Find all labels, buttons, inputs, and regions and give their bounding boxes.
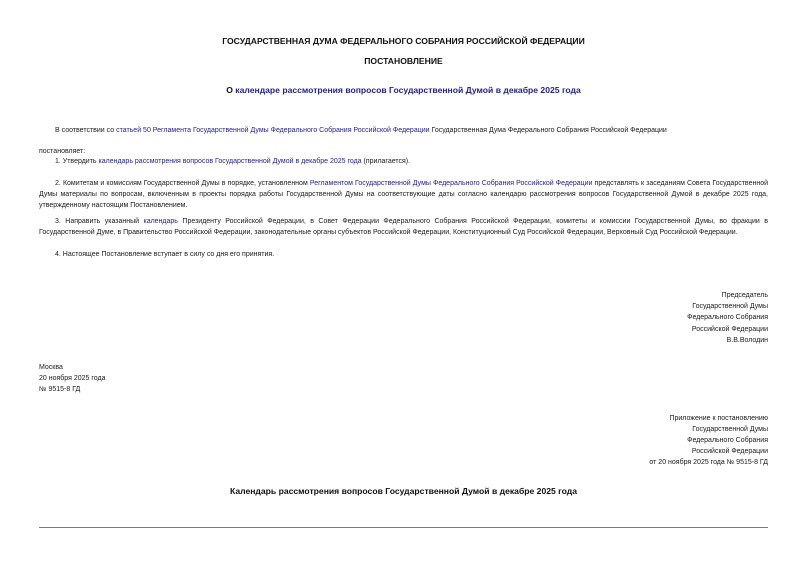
appendix-line: от 20 ноября 2025 года № 9515-8 ГД	[649, 457, 768, 468]
place-date-block: Москва 20 ноября 2025 года № 9515-8 ГД	[39, 362, 105, 395]
intro-text-after: Государственная Дума Федерального Собран…	[430, 127, 667, 134]
signature-line: Федерального Собрания	[687, 312, 768, 323]
signature-line: Российской Федерации	[687, 324, 768, 335]
signature-block: Председатель Государственной Думы Федера…	[687, 290, 768, 346]
item-text-before: 2. Комитетам и комиссиям Государственной…	[55, 180, 310, 187]
resolution-item-2: 2. Комитетам и комиссиям Государственной…	[39, 178, 768, 211]
appendix-line: Российской Федерации	[649, 446, 768, 457]
title-prefix: О	[226, 85, 235, 95]
calendar-short-link[interactable]: календарь	[143, 218, 177, 225]
intro-paragraph: В соответствии со статьей 50 Регламента …	[39, 125, 768, 136]
calendar-title: Календарь рассмотрения вопросов Государс…	[0, 486, 807, 497]
item-text-after: (прилагается).	[362, 158, 411, 165]
intro-text-before: В соответствии со	[55, 127, 116, 134]
signature-line: Государственной Думы	[687, 301, 768, 312]
resolution-item-1: 1. Утвердить календарь рассмотрения вопр…	[39, 156, 768, 167]
item-text: 4. Настоящее Постановление вступает в си…	[55, 251, 274, 258]
title-link[interactable]: календаре рассмотрения вопросов Государс…	[235, 85, 580, 95]
document-title: О календаре рассмотрения вопросов Госуда…	[0, 85, 807, 96]
appendix-line: Федерального Собрания	[649, 435, 768, 446]
divider	[39, 527, 768, 528]
date: 20 ноября 2025 года	[39, 373, 105, 384]
appendix-line: Государственной Думы	[649, 424, 768, 435]
city: Москва	[39, 362, 105, 373]
signature-line: Председатель	[687, 290, 768, 301]
regulation-link[interactable]: Регламентом Государственной Думы Федерал…	[310, 180, 593, 187]
item-text-before: 3. Направить указанный	[55, 218, 143, 225]
item-text-before: 1. Утвердить	[55, 158, 99, 165]
appendix-line: Приложение к постановлению	[649, 413, 768, 424]
document-type-heading: ПОСТАНОВЛЕНИЕ	[0, 56, 807, 67]
resolution-item-3: 3. Направить указанный календарь Президе…	[39, 216, 768, 238]
signatory-name: В.В.Володин	[687, 335, 768, 346]
appendix-block: Приложение к постановлению Государственн…	[649, 413, 768, 468]
resolution-item-4: 4. Настоящее Постановление вступает в си…	[39, 249, 768, 260]
organization-heading: ГОСУДАРСТВЕННАЯ ДУМА ФЕДЕРАЛЬНОГО СОБРАН…	[0, 36, 807, 47]
regulation-article-link[interactable]: статьей 50 Регламента Государственной Ду…	[116, 127, 429, 134]
document-number: № 9515-8 ГД	[39, 384, 105, 395]
calendar-link[interactable]: календарь рассмотрения вопросов Государс…	[99, 158, 362, 165]
